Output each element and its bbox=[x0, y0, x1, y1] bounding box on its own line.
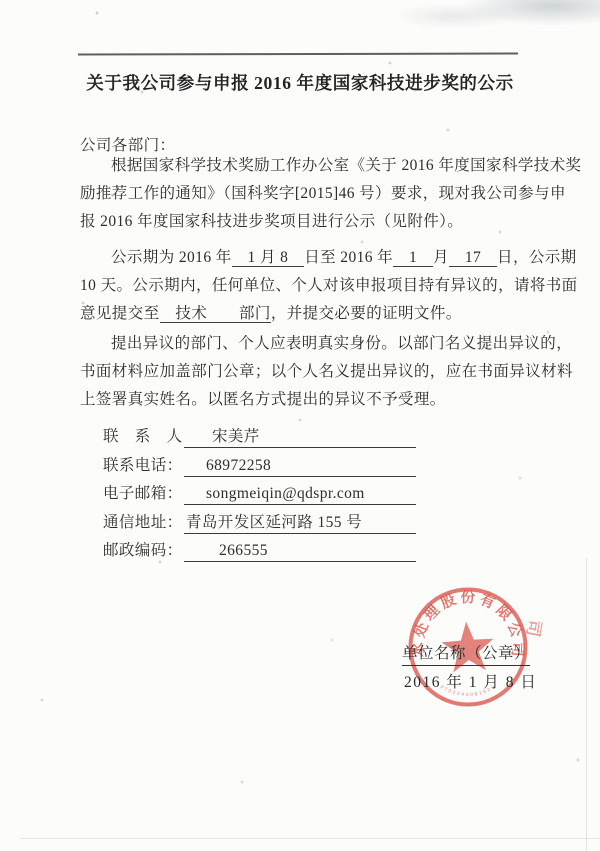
contact-underline: 青岛开发区延河路 155 号 bbox=[184, 510, 416, 534]
paragraph-line: 公示期为 2016 年 1 月 8 日至 2016 年 1 月 17 日，公示期 bbox=[80, 244, 540, 272]
scan-artifact-horizontal-line bbox=[20, 838, 600, 839]
paragraph-2: 公示期为 2016 年 1 月 8 日至 2016 年 1 月 17 日，公示期… bbox=[80, 244, 540, 328]
contact-row: 通信地址：青岛开发区延河路 155 号 bbox=[103, 510, 416, 539]
contact-label: 电子邮箱： bbox=[103, 481, 184, 503]
body-text: 日，公示期 bbox=[497, 249, 577, 266]
contact-value: songmeiqin@qdspr.com bbox=[184, 485, 365, 503]
paragraph-line: 书面材料应加盖部门公章；以个人名义提出异议的，应在书面异议材料 bbox=[80, 358, 540, 386]
body-text: 上签署真实姓名。以匿名方式提出的异议不予受理。 bbox=[80, 391, 446, 408]
body-text: 公示期为 2016 年 bbox=[111, 249, 232, 266]
contact-value: 266555 bbox=[184, 542, 268, 560]
contact-label: 联系电话： bbox=[103, 453, 184, 475]
body-text: 意见提交至 bbox=[80, 305, 160, 322]
contact-underline: 266555 bbox=[184, 542, 416, 562]
body-text: 月 bbox=[433, 249, 449, 266]
signature-unit-label: 单位名称（公章） bbox=[402, 641, 530, 666]
body-text: 书面材料应加盖部门公章；以个人名义提出异议的，应在书面异议材料 bbox=[80, 363, 573, 380]
contact-label: 邮政编码： bbox=[103, 538, 184, 560]
paragraph-line: 上签署真实姓名。以匿名方式提出的异议不予受理。 bbox=[80, 386, 540, 414]
paragraph-line: 提出异议的部门、个人应表明真实身份。以部门名义提出异议的， bbox=[80, 330, 540, 358]
body-text: 报 2016 年度国家科技进步奖项目进行公示（见附件）。 bbox=[80, 213, 463, 230]
contact-row: 联系电话：68972258 bbox=[103, 453, 416, 482]
paragraph-3: 提出异议的部门、个人应表明真实身份。以部门名义提出异议的，书面材料应加盖部门公章… bbox=[80, 330, 540, 414]
contact-row: 联 系 人宋美芹 bbox=[103, 424, 416, 453]
contact-label: 通信地址： bbox=[103, 510, 184, 532]
paragraph-line: 10 天。公示期内，任何单位、个人对该申报项目持有异议的，请将书面 bbox=[80, 272, 540, 300]
document-title: 关于我公司参与申报 2016 年度国家科技进步奖的公示 bbox=[0, 70, 600, 95]
scan-artifact-vertical-line bbox=[586, 558, 587, 851]
contact-underline: 宋美芹 bbox=[184, 424, 416, 448]
contact-label: 联 系 人 bbox=[103, 424, 184, 446]
contact-value: 68972258 bbox=[184, 457, 271, 475]
paragraph-line: 励推荐工作的通知》（国科奖字[2015]46 号）要求，现对我公司参与申 bbox=[80, 180, 540, 208]
paragraph-line: 报 2016 年度国家科技进步奖项目进行公示（见附件）。 bbox=[80, 208, 540, 236]
signature-date: 2016 年 1 月 8 日 bbox=[404, 670, 537, 692]
contact-value: 青岛开发区延河路 155 号 bbox=[184, 510, 362, 532]
body-text: 提出异议的部门、个人应表明真实身份。以部门名义提出异议的， bbox=[111, 335, 572, 352]
contact-row: 电子邮箱：songmeiqin@qdspr.com bbox=[103, 481, 416, 510]
filled-blank-text: 1 bbox=[393, 249, 433, 267]
scanned-document-page: 关于我公司参与申报 2016 年度国家科技进步奖的公示 公司各部门： 根据国家科… bbox=[0, 0, 600, 851]
filled-blank-text: 1 月 8 bbox=[232, 249, 305, 267]
paragraph-line: 根据国家科学技术奖励工作办公室《关于 2016 年度国家科学技术奖 bbox=[80, 152, 540, 180]
contact-underline: 68972258 bbox=[184, 457, 416, 477]
body-text: 日至 2016 年 bbox=[304, 249, 393, 266]
filled-blank-text: 技术 部门 bbox=[160, 305, 271, 323]
contact-value: 宋美芹 bbox=[184, 424, 260, 446]
body-text: 励推荐工作的通知》（国科奖字[2015]46 号）要求，现对我公司参与申 bbox=[80, 185, 566, 202]
header-rule bbox=[78, 53, 518, 56]
paragraph-line: 意见提交至 技术 部门，并提交必要的证明文件。 bbox=[80, 300, 540, 328]
body-text: 10 天。公示期内，任何单位、个人对该申报项目持有异议的，请将书面 bbox=[80, 277, 578, 294]
contact-row: 邮政编码：266555 bbox=[103, 538, 416, 567]
filled-blank-text: 17 bbox=[449, 249, 497, 267]
contact-block: 联 系 人宋美芹联系电话：68972258电子邮箱：songmeiqin@qds… bbox=[103, 424, 416, 567]
body-text: ，并提交必要的证明文件。 bbox=[271, 305, 462, 322]
paragraph-1: 根据国家科学技术奖励工作办公室《关于 2016 年度国家科学技术奖励推荐工作的通… bbox=[80, 152, 540, 236]
contact-underline: songmeiqin@qdspr.com bbox=[184, 485, 416, 505]
body-text: 根据国家科学技术奖励工作办公室《关于 2016 年度国家科学技术奖 bbox=[111, 157, 581, 174]
